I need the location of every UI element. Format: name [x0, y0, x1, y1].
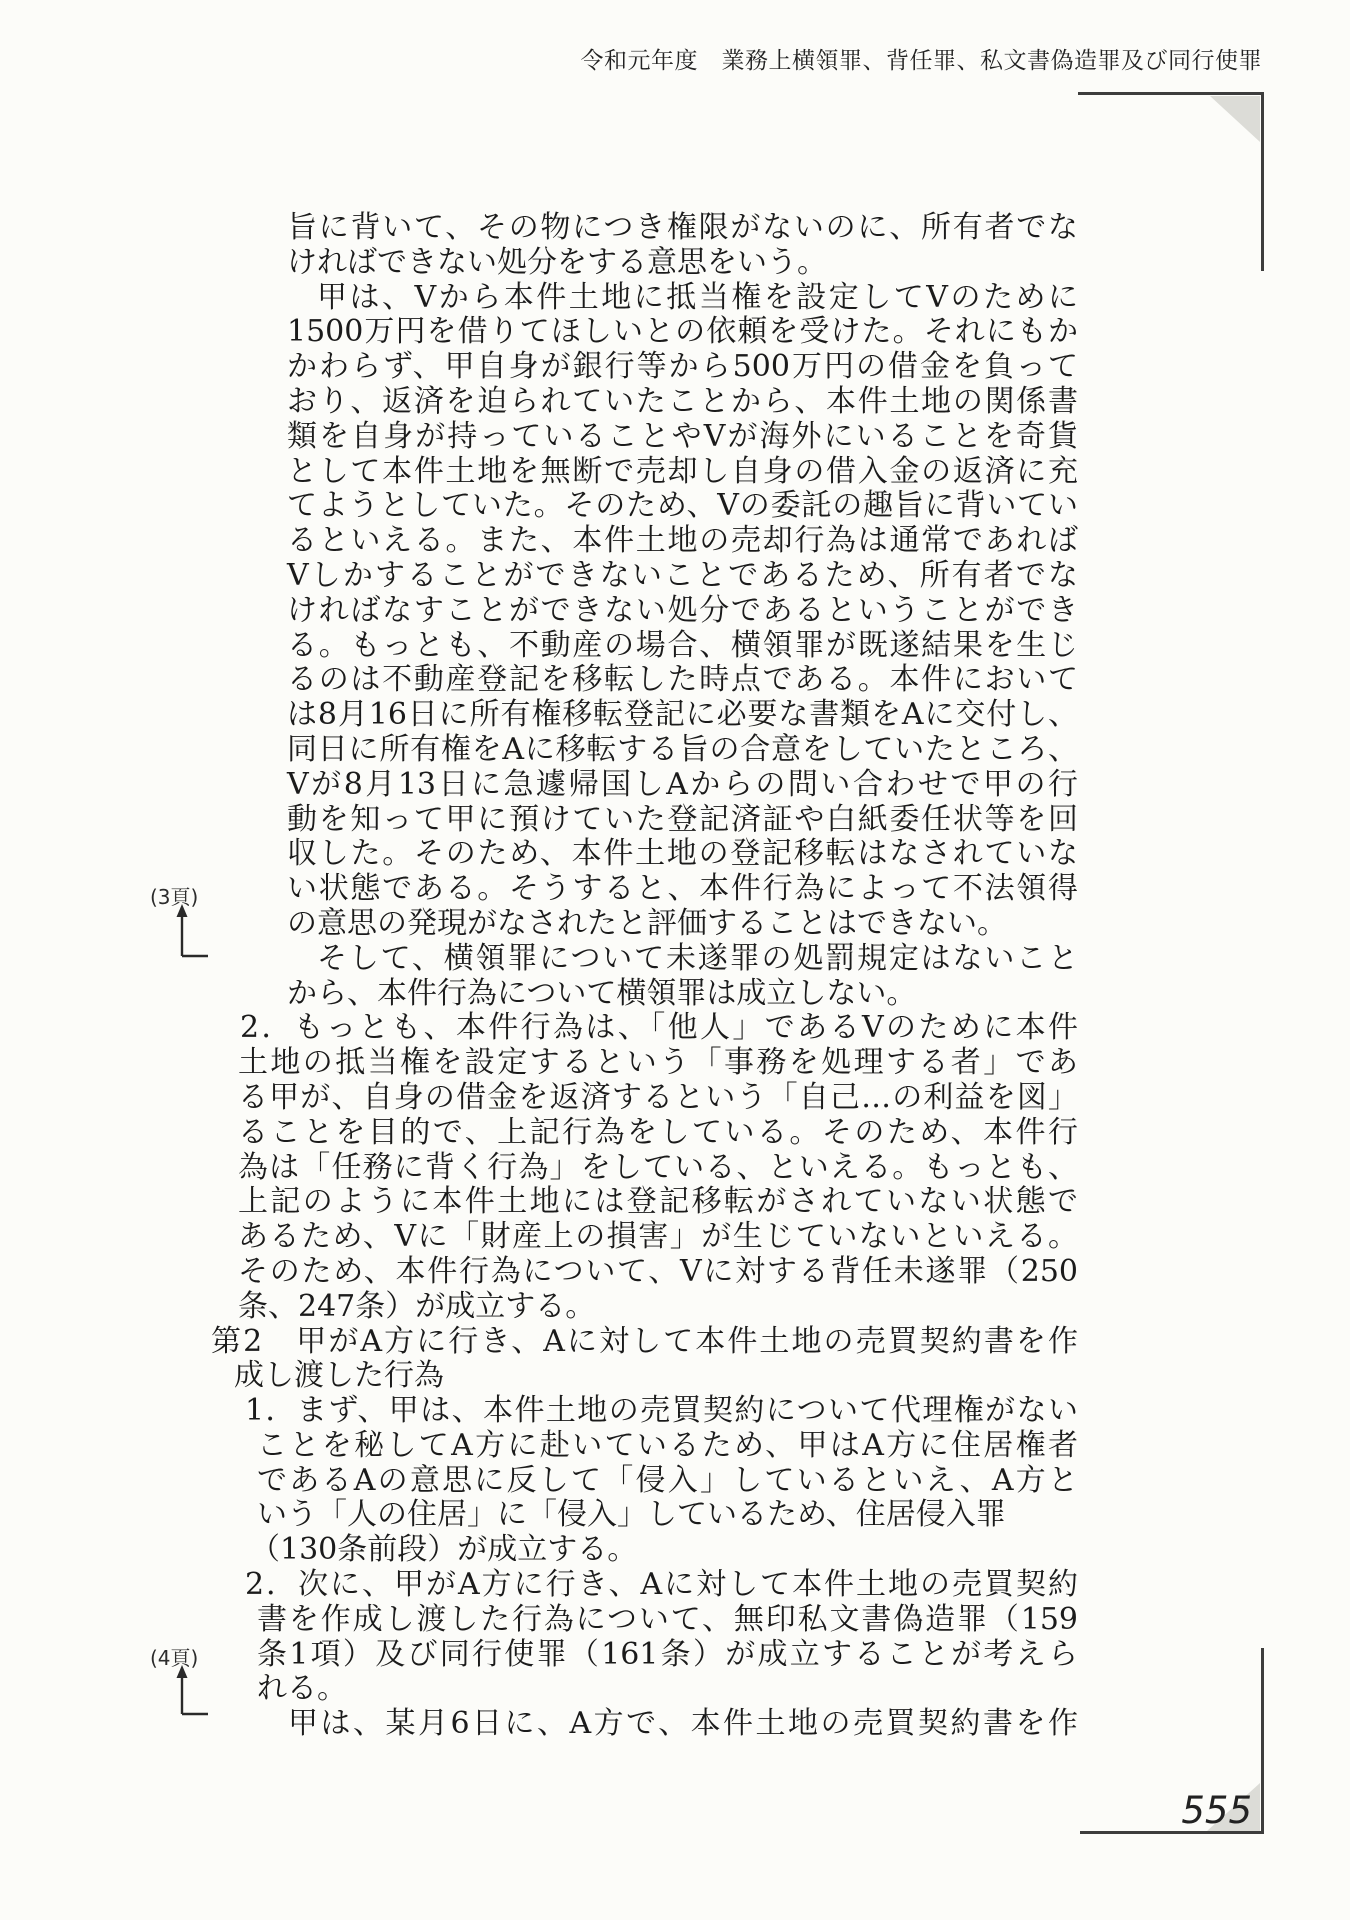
text-line-14: るのは不動産登記を移転した時点である。本件において [287, 663, 1078, 698]
body-text: 旨に背いて、その物につき権限がないのに、所有者でなければできない処分をする意思を… [0, 211, 1350, 1742]
text-line-26: る甲が、自身の借金を返済するという「自己…の利益を図」 [238, 1081, 1078, 1116]
text-line-12: ければなすことができない処分であるということができ [287, 594, 1078, 629]
text-line-9: てようとしていた。そのため、Vの委託の趣旨に背いてい [287, 489, 1078, 524]
text-line-19: 収した。そのため、本件土地の登記移転はなされていな [287, 837, 1078, 872]
text-line-17: Vが8月13日に急遽帰国しAからの問い合わせで甲の行 [287, 768, 1078, 803]
text-line-8: として本件土地を無断で売却し自身の借入金の返済に充 [287, 455, 1078, 490]
text-line-39: （130条前段）が成立する。 [250, 1533, 1350, 1568]
text-line-3: 甲は、Vから本件土地に抵当権を設定してVのために [317, 281, 1078, 316]
text-line-34: 成し渡した行為 [234, 1359, 1350, 1394]
text-line-31: そのため、本件行為について、Vに対する背任未遂罪（250 [238, 1255, 1078, 1290]
text-line-27: ることを目的で、上記行為をしている。そのため、本件行 [238, 1116, 1078, 1151]
text-line-10: るといえる。また、本件土地の売却行為は通常であれば [287, 524, 1078, 559]
text-line-20: い状態である。そうすると、本件行為によって不法領得 [287, 872, 1078, 907]
text-line-18: 動を知って甲に預けていた登記済証や白紙委任状等を回 [287, 803, 1078, 838]
text-line-16: 同日に所有権をAに移転する旨の合意をしていたところ、 [287, 733, 1078, 768]
text-line-42: 条1項）及び同行使罪（161条）が成立することが考えら [257, 1638, 1078, 1673]
text-line-32: 条、247条）が成立する。 [238, 1290, 1350, 1325]
page-header: 令和元年度 業務上横領罪、背任罪、私文書偽造罪及び同行使罪 [581, 42, 1263, 75]
text-line-15: は8月16日に所有権移転登記に必要な書類をAに交付し、 [287, 698, 1078, 733]
text-line-2: ければできない処分をする意思をいう。 [287, 246, 1350, 281]
text-line-11: Vしかすることができないことであるため、所有者でな [287, 559, 1078, 594]
text-line-36: ことを秘してA方に赴いているため、甲はA方に住居権者 [257, 1429, 1078, 1464]
text-line-33: 第2 甲がA方に行き、Aに対して本件土地の売買契約書を作 [211, 1325, 1078, 1360]
text-line-1: 旨に背いて、その物につき権限がないのに、所有者でな [287, 211, 1078, 246]
page-break-arrow-3-icon [168, 903, 213, 961]
text-line-13: る。もっとも、不動産の場合、横領罪が既遂結果を生じ [287, 629, 1078, 664]
text-line-22: そして、横領罪について未遂罪の処罰規定はないこと [317, 942, 1078, 977]
page-break-arrow-4-icon [168, 1664, 213, 1719]
text-line-44: 甲は、某月6日に、A方で、本件土地の売買契約書を作 [288, 1707, 1078, 1742]
text-line-30: あるため、Vに「財産上の損害」が生じていないといえる。 [238, 1220, 1078, 1255]
text-line-23: から、本件行為について横領罪は成立しない。 [287, 977, 1350, 1012]
text-line-28: 為は「任務に背く行為」をしている、といえる。もっとも、 [238, 1151, 1078, 1186]
text-line-6: おり、返済を迫られていたことから、本件土地の関係書 [287, 385, 1078, 420]
text-line-25: 土地の抵当権を設定するという「事務を処理する者」であ [238, 1046, 1078, 1081]
text-line-7: 類を自身が持っていることやVが海外にいることを奇貨 [287, 420, 1078, 455]
text-line-4: 1500万円を借りてほしいとの依頼を受けた。それにもか [287, 315, 1078, 350]
text-line-37: であるAの意思に反して「侵入」しているといえ、A方と [257, 1464, 1078, 1499]
text-line-24: 2．もっとも、本件行為は、「他人」であるVのために本件 [240, 1011, 1078, 1046]
text-line-29: 上記のように本件土地には登記移転がされていない状態で [238, 1185, 1078, 1220]
page-number: 555 [1181, 1791, 1252, 1831]
text-line-35: 1．まず、甲は、本件土地の売買契約について代理権がない [245, 1394, 1078, 1429]
text-line-21: の意思の発現がなされたと評価することはできない。 [287, 907, 1350, 942]
text-line-38: いう「人の住居」に「侵入」しているため、住居侵入罪 [257, 1498, 1350, 1533]
text-line-40: 2．次に、甲がA方に行き、Aに対して本件土地の売買契約 [245, 1568, 1078, 1603]
text-line-41: 書を作成し渡した行為について、無印私文書偽造罪（159 [257, 1603, 1078, 1638]
text-line-5: かわらず、甲自身が銀行等から500万円の借金を負って [287, 350, 1078, 385]
